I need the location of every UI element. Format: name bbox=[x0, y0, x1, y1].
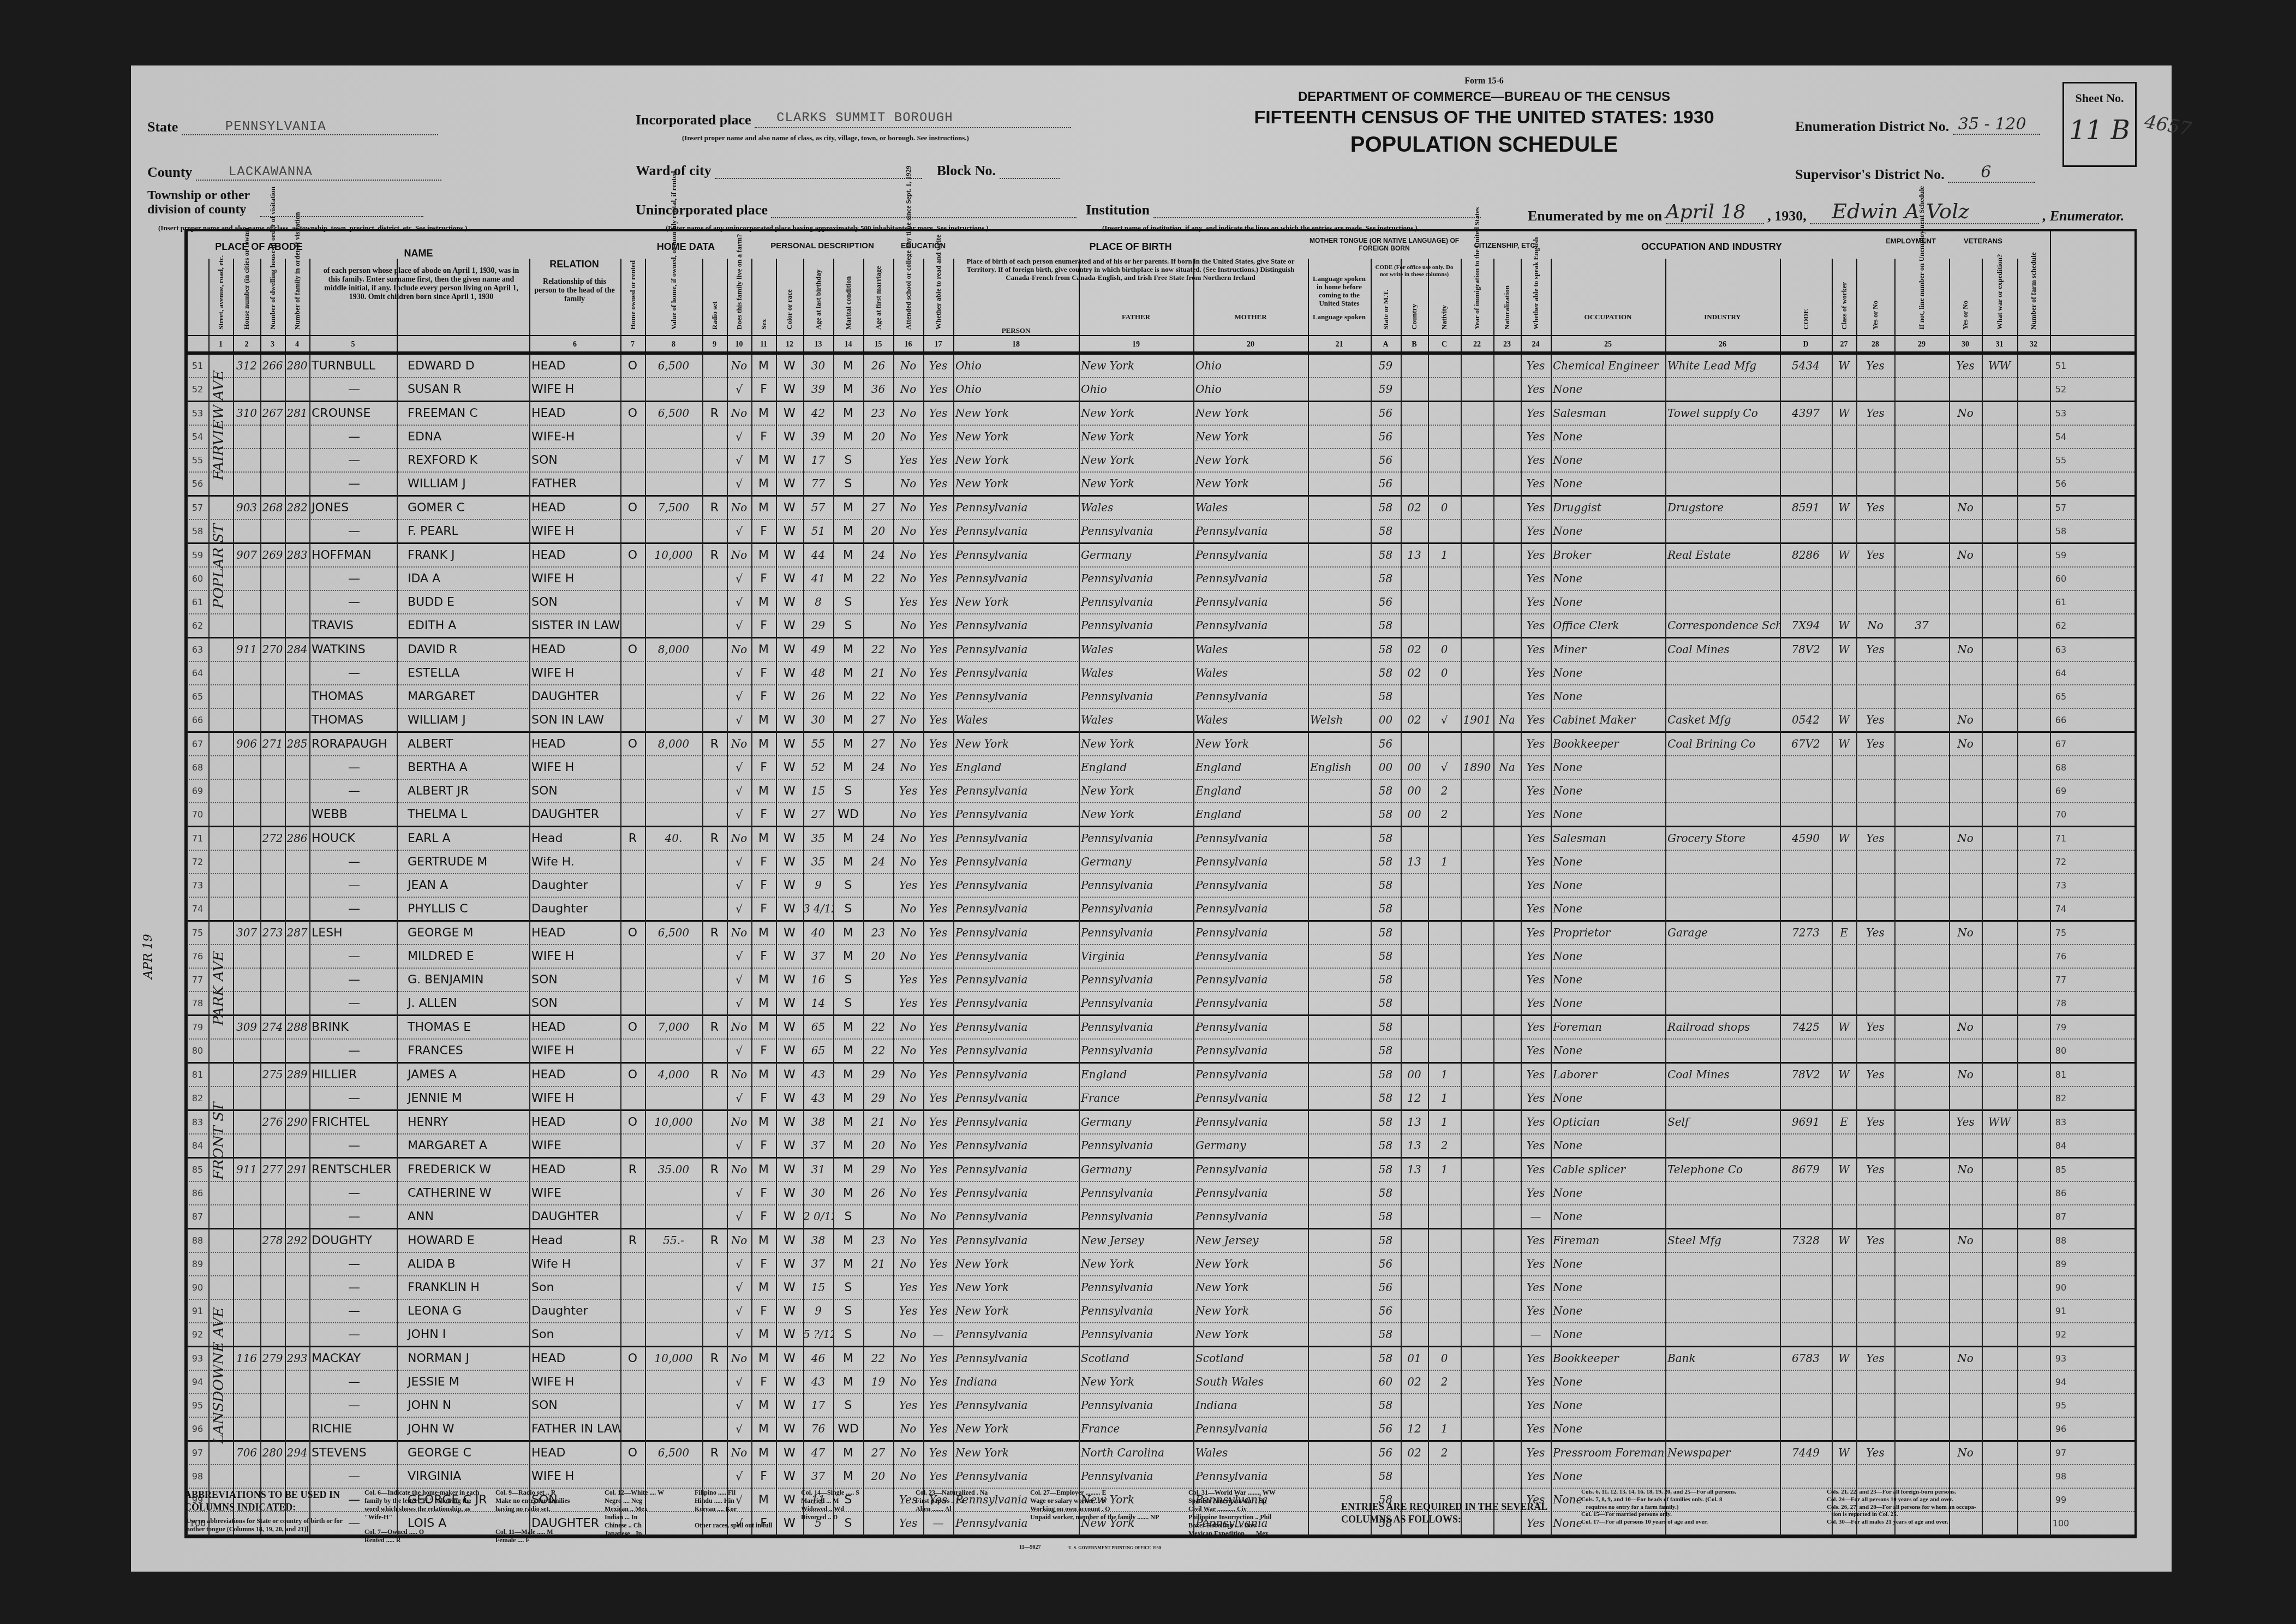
cell-family bbox=[285, 426, 309, 448]
cell-birth: Pennsylvania bbox=[953, 520, 1079, 542]
cell-employed: Yes bbox=[1856, 1064, 1894, 1086]
cell-relation: WIFE H bbox=[529, 662, 620, 684]
cell-sex: M bbox=[751, 1442, 776, 1464]
cell-employed bbox=[1856, 803, 1894, 826]
cell-school: No bbox=[893, 544, 923, 566]
cell-dwelling bbox=[260, 426, 285, 448]
cell-tongue bbox=[1308, 1111, 1371, 1133]
cell-relation: SON IN LAW bbox=[529, 709, 620, 731]
cell-code-c bbox=[1428, 355, 1461, 377]
cell-house bbox=[233, 1135, 260, 1157]
cell-race: W bbox=[776, 874, 803, 897]
cell-literate: Yes bbox=[923, 355, 953, 377]
cell-given: JOHN I bbox=[397, 1323, 529, 1346]
cell-employed: Yes bbox=[1856, 1347, 1894, 1370]
cell-value bbox=[645, 1135, 702, 1157]
cell-marital: S bbox=[833, 449, 863, 471]
cell-occupation: None bbox=[1551, 1300, 1665, 1322]
cell-dwelling bbox=[260, 520, 285, 542]
entries-list-2: Cols. 21, 22, and 23—For all foreign-bor… bbox=[1827, 1489, 1976, 1526]
cell-age: 16 bbox=[803, 969, 833, 991]
table-row: 63911270284WATKINSDAVID RHEADO8,000NoMW4… bbox=[187, 638, 2134, 662]
cell-line: 77 bbox=[2050, 969, 2072, 991]
cell-family bbox=[285, 1394, 309, 1417]
cell-occupation: None bbox=[1551, 969, 1665, 991]
cell-surname: — bbox=[309, 1087, 397, 1109]
cell-relation: HEAD bbox=[529, 1159, 620, 1181]
table-row: 78—J. ALLENSON√MW14SYesYesPennsylvaniaPe… bbox=[187, 992, 2134, 1016]
cell-race: W bbox=[776, 1016, 803, 1038]
cell-family: 284 bbox=[285, 638, 309, 661]
cell-tongue bbox=[1308, 1016, 1371, 1038]
cell-dwelling bbox=[260, 851, 285, 873]
cell-code-b bbox=[1401, 378, 1428, 401]
cell-relation: Daughter bbox=[529, 1300, 620, 1322]
cell-dwelling bbox=[260, 1276, 285, 1299]
cell-line: 79 bbox=[187, 1016, 208, 1038]
cell-war bbox=[1982, 685, 2017, 708]
cell-farm: √ bbox=[727, 520, 751, 542]
cell-race: W bbox=[776, 638, 803, 661]
cell-war: WW bbox=[1982, 355, 2017, 377]
cell-literate: Yes bbox=[923, 803, 953, 826]
cell-occupation: Druggist bbox=[1551, 497, 1665, 519]
cell-age: 38 bbox=[803, 1111, 833, 1133]
cell-veteran bbox=[1949, 520, 1982, 542]
cell-code-d: 7X94 bbox=[1780, 614, 1832, 637]
cell-mother-birth: Pennsylvania bbox=[1193, 1064, 1308, 1086]
cell-unemp-line bbox=[1894, 756, 1949, 779]
cell-marital: M bbox=[833, 1182, 863, 1204]
column-rule bbox=[260, 259, 261, 351]
column-rule bbox=[776, 259, 777, 351]
cell-industry bbox=[1665, 473, 1780, 495]
cell-house bbox=[233, 1205, 260, 1228]
cell-war bbox=[1982, 544, 2017, 566]
column-label-29: If not, line number on Unemployment Sche… bbox=[1917, 264, 1926, 330]
cell-age: 3 4/12 bbox=[803, 898, 833, 920]
cell-age: 27 bbox=[803, 803, 833, 826]
cell-employed: Yes bbox=[1856, 1229, 1894, 1252]
cell-natur bbox=[1493, 497, 1521, 519]
cell-code-c bbox=[1428, 378, 1461, 401]
cell-mother-birth: Ohio bbox=[1193, 378, 1308, 401]
cell-line: 63 bbox=[187, 638, 208, 661]
cell-dwelling bbox=[260, 1300, 285, 1322]
cell-english: Yes bbox=[1521, 992, 1551, 1014]
cell-given: GERTRUDE M bbox=[397, 851, 529, 873]
table-row: 61—BUDD ESON√MW8SYesYesNew YorkPennsylva… bbox=[187, 591, 2134, 614]
column-label-20: MOTHER bbox=[1195, 313, 1306, 321]
cell-farm: No bbox=[727, 1016, 751, 1038]
column-rule bbox=[309, 259, 310, 351]
cell-value bbox=[645, 969, 702, 991]
cell-code-c: 1 bbox=[1428, 851, 1461, 873]
cell-worker-class: W bbox=[1832, 709, 1856, 731]
cell-mother-birth: New York bbox=[1193, 473, 1308, 495]
cell-unemp-line bbox=[1894, 898, 1949, 920]
cell-veteran bbox=[1949, 1040, 1982, 1062]
cell-employed bbox=[1856, 945, 1894, 968]
table-row: 70WEBBTHELMA LDAUGHTER√FW27WDNoYesPennsy… bbox=[187, 803, 2134, 827]
cell-family bbox=[285, 780, 309, 802]
column-rule bbox=[1949, 259, 1950, 351]
cell-farm: √ bbox=[727, 685, 751, 708]
cell-employed: Yes bbox=[1856, 638, 1894, 661]
cell-radio bbox=[702, 1111, 727, 1133]
cell-value: 10,000 bbox=[645, 1347, 702, 1370]
cell-relation: SON bbox=[529, 591, 620, 613]
cell-code-d bbox=[1780, 1205, 1832, 1228]
column-rule bbox=[233, 259, 234, 351]
cell-line: 65 bbox=[2050, 685, 2072, 708]
cell-tenure bbox=[620, 1394, 645, 1417]
cell-english: Yes bbox=[1521, 544, 1551, 566]
cell-surname: — bbox=[309, 945, 397, 968]
cell-literate: Yes bbox=[923, 992, 953, 1014]
cell-code-d bbox=[1780, 473, 1832, 495]
cell-mother-birth: New York bbox=[1193, 1253, 1308, 1275]
cell-literate: Yes bbox=[923, 780, 953, 802]
cell-literate: Yes bbox=[923, 1135, 953, 1157]
cell-tenure bbox=[620, 449, 645, 471]
cell-family bbox=[285, 969, 309, 991]
table-row: 94—JESSIE MWIFE H√FW43M19NoYesIndianaNew… bbox=[187, 1371, 2134, 1394]
group-veterans: VETERANS bbox=[1949, 237, 2017, 245]
cell-family bbox=[285, 1087, 309, 1109]
cell-father-birth: Pennsylvania bbox=[1079, 1276, 1193, 1299]
cell-code-d bbox=[1780, 591, 1832, 613]
cell-surname: — bbox=[309, 1371, 397, 1393]
cell-line: 71 bbox=[187, 827, 208, 850]
cell-sex: F bbox=[751, 756, 776, 779]
cell-worker-class: W bbox=[1832, 1016, 1856, 1038]
cell-code-b bbox=[1401, 1394, 1428, 1417]
cell-line: 66 bbox=[2050, 709, 2072, 731]
cell-value bbox=[645, 1394, 702, 1417]
cell-employed bbox=[1856, 874, 1894, 897]
cell-immig bbox=[1461, 568, 1493, 590]
cell-tongue bbox=[1308, 568, 1371, 590]
cell-line: 52 bbox=[187, 378, 208, 401]
cell-school: No bbox=[893, 1135, 923, 1157]
cell-literate: Yes bbox=[923, 614, 953, 637]
cell-code-b bbox=[1401, 945, 1428, 968]
cell-value: 6,500 bbox=[645, 402, 702, 425]
cell-sex: F bbox=[751, 874, 776, 897]
cell-veteran: No bbox=[1949, 1347, 1982, 1370]
cell-code-b bbox=[1401, 1253, 1428, 1275]
cell-surname: TRAVIS bbox=[309, 614, 397, 637]
column-label-21: Language spoken bbox=[1310, 313, 1368, 321]
cell-birth: New York bbox=[953, 733, 1079, 755]
cell-line: 89 bbox=[2050, 1253, 2072, 1275]
cell-english: Yes bbox=[1521, 402, 1551, 425]
cell-radio bbox=[702, 426, 727, 448]
margin-note: APR 19 bbox=[141, 934, 155, 978]
cell-tongue bbox=[1308, 1418, 1371, 1440]
column-label-28: Yes or No bbox=[1871, 264, 1880, 330]
cell-natur: Na bbox=[1493, 709, 1521, 731]
cell-natur bbox=[1493, 1300, 1521, 1322]
cell-farm: √ bbox=[727, 1135, 751, 1157]
cell-unemp-line bbox=[1894, 520, 1949, 542]
cell-value bbox=[645, 992, 702, 1014]
cell-immig bbox=[1461, 685, 1493, 708]
table-row: 71272286HOUCKEARL AHeadR40.RNoMW35M24NoY… bbox=[187, 827, 2134, 851]
cell-line: 73 bbox=[2050, 874, 2072, 897]
cell-age: 15 bbox=[803, 780, 833, 802]
cell-tongue bbox=[1308, 874, 1371, 897]
cell-given: EARL A bbox=[397, 827, 529, 850]
cell-age-marr: 21 bbox=[863, 662, 893, 684]
table-row: 56—WILLIAM JFATHER√MW77SNoYesNew YorkNew… bbox=[187, 473, 2134, 497]
cell-school: No bbox=[893, 709, 923, 731]
cell-sex: M bbox=[751, 1418, 776, 1440]
cell-house bbox=[233, 945, 260, 968]
cell-father-birth: New York bbox=[1079, 449, 1193, 471]
cell-given: JAMES A bbox=[397, 1064, 529, 1086]
cell-industry bbox=[1665, 1040, 1780, 1062]
cell-radio bbox=[702, 1394, 727, 1417]
cell-father-birth: Pennsylvania bbox=[1079, 614, 1193, 637]
cell-unemp-line bbox=[1894, 544, 1949, 566]
cell-school: No bbox=[893, 898, 923, 920]
column-label-2: House number (in cities or towns) bbox=[242, 264, 251, 330]
cell-worker-class: W bbox=[1832, 1064, 1856, 1086]
column-rule bbox=[2050, 231, 2051, 351]
cell-natur bbox=[1493, 662, 1521, 684]
cell-unemp-line bbox=[1894, 1394, 1949, 1417]
cell-mother-birth: Pennsylvania bbox=[1193, 614, 1308, 637]
cell-sex: M bbox=[751, 638, 776, 661]
column-label-23: Naturalization bbox=[1503, 264, 1511, 330]
cell-mother-birth: Germany bbox=[1193, 1135, 1308, 1157]
cell-war bbox=[1982, 1347, 2017, 1370]
cell-code-b bbox=[1401, 449, 1428, 471]
cell-code-a: 58 bbox=[1371, 992, 1401, 1014]
cell-line: 85 bbox=[187, 1159, 208, 1181]
cell-mother-birth: New York bbox=[1193, 426, 1308, 448]
cell-school: No bbox=[893, 426, 923, 448]
cell-line: 60 bbox=[2050, 568, 2072, 590]
cell-line: 89 bbox=[187, 1253, 208, 1275]
cell-industry bbox=[1665, 1323, 1780, 1346]
cell-house bbox=[233, 520, 260, 542]
cell-occupation: None bbox=[1551, 1135, 1665, 1157]
cell-mother-birth: New York bbox=[1193, 733, 1308, 755]
cell-natur bbox=[1493, 945, 1521, 968]
cell-war bbox=[1982, 638, 2017, 661]
cell-english: Yes bbox=[1521, 638, 1551, 661]
cell-industry: Coal Brining Co bbox=[1665, 733, 1780, 755]
cell-dwelling bbox=[260, 614, 285, 637]
cell-unemp-line bbox=[1894, 1442, 1949, 1464]
cell-line: 59 bbox=[187, 544, 208, 566]
cell-house bbox=[233, 591, 260, 613]
cell-value bbox=[645, 898, 702, 920]
ed-value: 35 - 120 bbox=[1958, 115, 2026, 134]
cell-father-birth: Pennsylvania bbox=[1079, 1300, 1193, 1322]
cell-tenure bbox=[620, 614, 645, 637]
cell-given: GEORGE M bbox=[397, 922, 529, 944]
cell-race: W bbox=[776, 662, 803, 684]
cell-line: 81 bbox=[2050, 1064, 2072, 1086]
cell-farm: √ bbox=[727, 851, 751, 873]
cell-surname: RENTSCHLER bbox=[309, 1159, 397, 1181]
cell-immig: 1890 bbox=[1461, 756, 1493, 779]
cell-unemp-line bbox=[1894, 733, 1949, 755]
cell-age: 30 bbox=[803, 355, 833, 377]
cell-literate: Yes bbox=[923, 1347, 953, 1370]
cell-code-c bbox=[1428, 1040, 1461, 1062]
cell-occupation: None bbox=[1551, 1040, 1665, 1062]
cell-occupation: None bbox=[1551, 568, 1665, 590]
column-number: 27 bbox=[1832, 341, 1856, 349]
cell-value bbox=[645, 1040, 702, 1062]
cell-surname: — bbox=[309, 520, 397, 542]
cell-line: 57 bbox=[187, 497, 208, 519]
cell-literate: Yes bbox=[923, 638, 953, 661]
column-number: 32 bbox=[2017, 341, 2050, 349]
cell-mother-birth: Pennsylvania bbox=[1193, 568, 1308, 590]
cell-code-c bbox=[1428, 402, 1461, 425]
column-number: 2 bbox=[233, 341, 260, 349]
cell-radio bbox=[702, 1323, 727, 1346]
cell-dwelling: 266 bbox=[260, 355, 285, 377]
cell-english: Yes bbox=[1521, 1135, 1551, 1157]
cell-marital: M bbox=[833, 945, 863, 968]
column-number: 9 bbox=[702, 341, 727, 349]
cell-value bbox=[645, 1300, 702, 1322]
cell-code-b bbox=[1401, 473, 1428, 495]
cell-family: 285 bbox=[285, 733, 309, 755]
cell-employed bbox=[1856, 473, 1894, 495]
column-number: 26 bbox=[1665, 341, 1780, 349]
cell-employed: Yes bbox=[1856, 544, 1894, 566]
cell-worker-class bbox=[1832, 1371, 1856, 1393]
cell-literate: Yes bbox=[923, 1111, 953, 1133]
cell-code-c: 1 bbox=[1428, 544, 1461, 566]
cell-school: No bbox=[893, 1229, 923, 1252]
cell-immig bbox=[1461, 992, 1493, 1014]
cell-war: WW bbox=[1982, 1111, 2017, 1133]
cell-line: 70 bbox=[2050, 803, 2072, 826]
printer-line: U. S. GOVERNMENT PRINTING OFFICE 1930 bbox=[1068, 1545, 1161, 1551]
cell-occupation: None bbox=[1551, 426, 1665, 448]
cell-family bbox=[285, 1040, 309, 1062]
cell-immig bbox=[1461, 426, 1493, 448]
cell-value: 35.00 bbox=[645, 1159, 702, 1181]
cell-marital: M bbox=[833, 1111, 863, 1133]
cell-english: Yes bbox=[1521, 426, 1551, 448]
cell-tongue bbox=[1308, 1159, 1371, 1181]
cell-line: 73 bbox=[187, 874, 208, 897]
cell-marital: M bbox=[833, 544, 863, 566]
cell-literate: Yes bbox=[923, 402, 953, 425]
cell-school: Yes bbox=[893, 780, 923, 802]
column-number: 8 bbox=[645, 341, 702, 349]
cell-dwelling bbox=[260, 709, 285, 731]
cell-given: IDA A bbox=[397, 568, 529, 590]
cell-code-c bbox=[1428, 733, 1461, 755]
cell-occupation: None bbox=[1551, 1394, 1665, 1417]
relation-description: Relationship of this person to the head … bbox=[531, 278, 618, 304]
cell-line: 64 bbox=[2050, 662, 2072, 684]
cell-marital: M bbox=[833, 1442, 863, 1464]
cell-unemp-line bbox=[1894, 1229, 1949, 1252]
cell-marital: M bbox=[833, 827, 863, 850]
cell-employed bbox=[1856, 1276, 1894, 1299]
cell-worker-class: W bbox=[1832, 614, 1856, 637]
cell-race: W bbox=[776, 969, 803, 991]
cell-marital: S bbox=[833, 898, 863, 920]
cell-relation: SON bbox=[529, 969, 620, 991]
cell-farm: √ bbox=[727, 1087, 751, 1109]
cell-tenure bbox=[620, 1253, 645, 1275]
cell-school: No bbox=[893, 1064, 923, 1086]
cell-age-marr: 27 bbox=[863, 1442, 893, 1464]
cell-relation: WIFE H bbox=[529, 756, 620, 779]
cell-occupation: Chemical Engineer bbox=[1551, 355, 1665, 377]
cell-veteran: No bbox=[1949, 1442, 1982, 1464]
cell-english: Yes bbox=[1521, 1064, 1551, 1086]
cell-house bbox=[233, 851, 260, 873]
cell-dwelling bbox=[260, 1205, 285, 1228]
cell-age-marr: 23 bbox=[863, 922, 893, 944]
table-row: 82—JENNIE MWIFE H√FW43M29NoYesPennsylvan… bbox=[187, 1087, 2134, 1111]
cell-relation: WIFE H bbox=[529, 520, 620, 542]
column-rule bbox=[1982, 259, 1983, 351]
cell-line: 71 bbox=[2050, 827, 2072, 850]
cell-given: REXFORD K bbox=[397, 449, 529, 471]
cell-employed bbox=[1856, 756, 1894, 779]
table-row: 52—SUSAN RWIFE H√FW39M36NoYesOhioOhioOhi… bbox=[187, 378, 2134, 402]
cell-veteran bbox=[1949, 449, 1982, 471]
table-row: 91—LEONA GDaughter√FW9SYesYesNew YorkPen… bbox=[187, 1300, 2134, 1323]
cell-relation: HEAD bbox=[529, 544, 620, 566]
cell-code-b bbox=[1401, 568, 1428, 590]
cell-worker-class bbox=[1832, 1276, 1856, 1299]
cell-dwelling bbox=[260, 945, 285, 968]
cell-dwelling: 273 bbox=[260, 922, 285, 944]
column-number: 25 bbox=[1551, 341, 1665, 349]
column-label-30: Yes or No bbox=[1961, 264, 1970, 330]
cell-line: 79 bbox=[2050, 1016, 2072, 1038]
cell-age: 39 bbox=[803, 378, 833, 401]
cell-marital: S bbox=[833, 473, 863, 495]
cell-age-marr: 20 bbox=[863, 945, 893, 968]
cell-marital: S bbox=[833, 780, 863, 802]
cell-race: W bbox=[776, 1418, 803, 1440]
cell-mother-birth: Pennsylvania bbox=[1193, 827, 1308, 850]
column-label-25: OCCUPATION bbox=[1553, 313, 1663, 321]
cell-literate: Yes bbox=[923, 662, 953, 684]
cell-unemp-line bbox=[1894, 780, 1949, 802]
cell-birth: Ohio bbox=[953, 378, 1079, 401]
cell-birth: Pennsylvania bbox=[953, 1087, 1079, 1109]
cell-tongue bbox=[1308, 1135, 1371, 1157]
cell-veteran: No bbox=[1949, 709, 1982, 731]
cell-race: W bbox=[776, 1064, 803, 1086]
cell-school: Yes bbox=[893, 591, 923, 613]
cell-english: Yes bbox=[1521, 1347, 1551, 1370]
cell-dwelling: 274 bbox=[260, 1016, 285, 1038]
cell-dwelling bbox=[260, 780, 285, 802]
cell-value bbox=[645, 1087, 702, 1109]
state-value: PENNSYLVANIA bbox=[225, 120, 326, 134]
cell-literate: Yes bbox=[923, 1182, 953, 1204]
